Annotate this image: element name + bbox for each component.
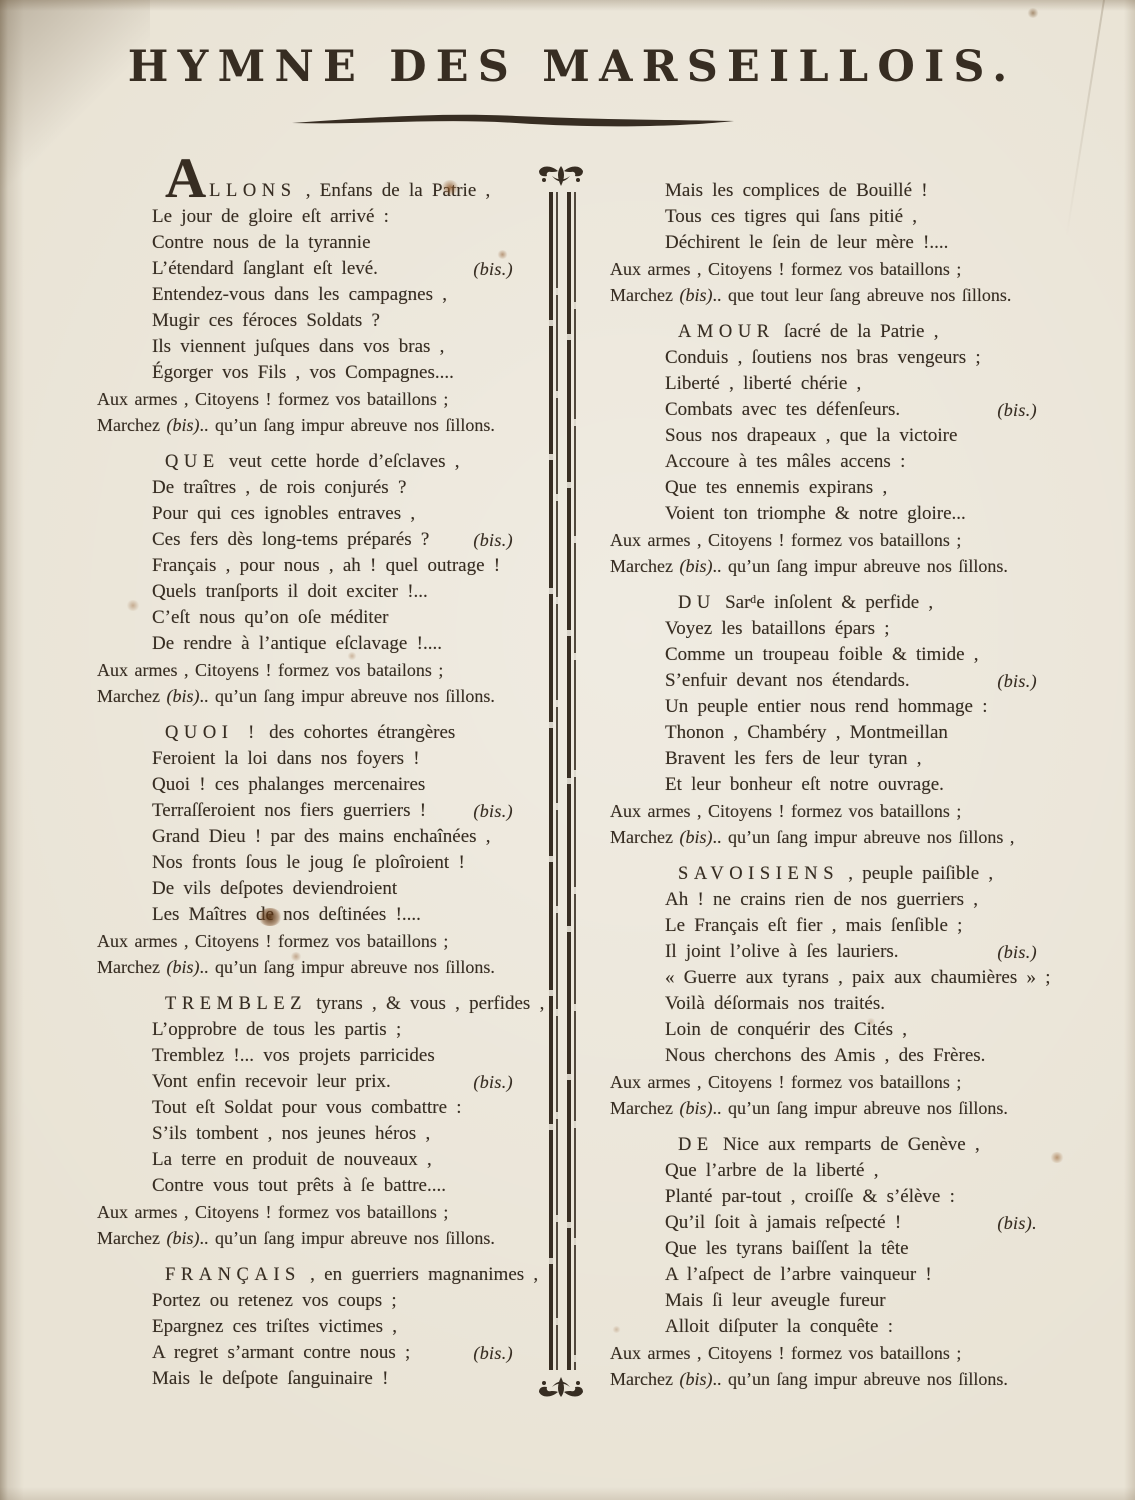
verse-line: Terraſſeroient nos fiers guerriers !(bis…	[97, 798, 519, 824]
verse-text: Contre vous tout prêts à ſe battre....	[152, 1175, 446, 1196]
verse-text: A l’aſpect de l’arbre vainqueur !	[665, 1264, 932, 1285]
divider-rule-thin	[556, 192, 558, 1370]
verse-text: tyrans , & vous , perfides ,	[307, 993, 544, 1014]
verse-text: Aux armes , Citoyens ! formez vos batail…	[97, 931, 448, 951]
verse-text: Marchez (bis).. qu’un ſang impur abreuve…	[97, 686, 495, 706]
verse-line: De vils deſpotes deviendroient	[97, 876, 519, 902]
verse-text: Nous cherchons des Amis , des Frères.	[665, 1045, 985, 1066]
bis-mark: (bis.)	[473, 1069, 513, 1095]
refrain-line: Aux armes , Citoyens ! formez vos batail…	[97, 657, 519, 683]
verse-line: Alloit diſputer la conquête :	[610, 1314, 1065, 1340]
refrain-line: Aux armes , Citoyens ! formez vos batail…	[610, 1069, 1065, 1095]
verse-line: Quoi ! ces phalanges mercenaires	[97, 772, 519, 798]
verse-text: L’opprobre de tous les partis ;	[152, 1019, 401, 1040]
drop-cap-letter: A	[165, 147, 206, 210]
refrain-line: Aux armes , Citoyens ! formez vos batail…	[97, 928, 519, 954]
verse-text: Marchez (bis).. qu’un ſang impur abreuve…	[610, 1369, 1008, 1389]
verse-text: Aux armes , Citoyens ! formez vos batail…	[610, 1072, 961, 1092]
verse-line: « Guerre aux tyrans , paix aux chaumière…	[610, 965, 1065, 991]
verse-line: Qu’il ſoit à jamais reſpecté !(bis).	[610, 1210, 1065, 1236]
verse-text: , peuple paiſible ,	[839, 863, 993, 884]
refrain-line: Marchez (bis).. qu’un ſang impur abreuve…	[97, 412, 519, 438]
verse-text: Voyez les bataillons épars ;	[665, 618, 890, 639]
stanza: TREMBLEZ tyrans , & vous , perfides ,L’o…	[97, 991, 519, 1251]
verse-line: Bravent les fers de leur tyran ,	[610, 746, 1065, 772]
stanza: FRANÇAIS , en guerriers magnanimes ,Port…	[97, 1262, 519, 1392]
stanza-opening-word: QUOI !	[165, 723, 260, 743]
verse-line: Quels tranſports il doit exciter !...	[97, 579, 519, 605]
bis-mark: (bis.)	[997, 668, 1037, 694]
verse-line: Voyez les bataillons épars ;	[610, 616, 1065, 642]
verse-text: Grand Dieu ! par des mains enchaînées ,	[152, 826, 491, 847]
verse-line: Thonon , Chambéry , Montmeillan	[610, 720, 1065, 746]
verse-text: Epargnez ces triſtes victimes ,	[152, 1316, 397, 1337]
verse-text: De vils deſpotes deviendroient	[152, 878, 397, 899]
verse-line: Ah ! ne crains rien de nos guerriers ,	[610, 887, 1065, 913]
verse-text: De rendre à l’antique eſclavage !....	[152, 633, 442, 654]
verse-line: Planté par-tout , croiſſe & s’élève :	[610, 1184, 1065, 1210]
verse-text: Planté par-tout , croiſſe & s’élève :	[665, 1186, 955, 1207]
refrain-line: Marchez (bis).. qu’un ſang impur abreuve…	[610, 1095, 1065, 1121]
verse-text: Que les tyrans baiſſent la tête	[665, 1238, 909, 1259]
refrain-line: Marchez (bis).. qu’un ſang impur abreuve…	[97, 1225, 519, 1251]
verse-line: Sous nos drapeaux , que la victoire	[610, 423, 1065, 449]
stanza-opening-word: DE	[678, 1135, 714, 1155]
verse-line: Déchirent le ſein de leur mère !....	[610, 230, 1065, 256]
stanza: DU Sarᵈe inſolent & perfide ,Voyez les b…	[610, 590, 1065, 850]
refrain-line: Aux armes , Citoyens ! formez vos batail…	[97, 386, 519, 412]
refrain-line: Marchez (bis).. qu’un ſang impur abreuve…	[610, 824, 1065, 850]
verse-text: Alloit diſputer la conquête :	[665, 1316, 893, 1337]
divider-rule-thin	[574, 192, 576, 1370]
refrain-line: Aux armes , Citoyens ! formez vos batail…	[97, 1199, 519, 1225]
verse-line: Nous cherchons des Amis , des Frères.	[610, 1043, 1065, 1069]
verse-line: Portez ou retenez vos coups ;	[97, 1288, 519, 1314]
verse-text: Vont enfin recevoir leur prix.	[152, 1071, 391, 1092]
divider-rule	[549, 192, 553, 1370]
verse-line: TREMBLEZ tyrans , & vous , perfides ,	[97, 991, 519, 1017]
verse-line: Feroient la loi dans nos foyers !	[97, 746, 519, 772]
verse-text: Bravent les fers de leur tyran ,	[665, 748, 922, 769]
refrain-line: Marchez (bis).. qu’un ſang impur abreuve…	[610, 1366, 1065, 1392]
verse-text: Marchez (bis).. qu’un ſang impur abreuve…	[610, 1098, 1008, 1118]
verse-text: Thonon , Chambéry , Montmeillan	[665, 722, 948, 743]
stanza: QUOI ! des cohortes étrangèresFeroient l…	[97, 720, 519, 980]
verse-text: Feroient la loi dans nos foyers !	[152, 748, 420, 769]
verse-text: Marchez (bis).. qu’un ſang impur abreuve…	[97, 415, 495, 435]
paper-deckle-edge	[0, 0, 150, 190]
verse-line: Que les tyrans baiſſent la tête	[610, 1236, 1065, 1262]
verse-line: Loin de conquérir des Cités ,	[610, 1017, 1065, 1043]
verse-line: L’étendard ſanglant eſt levé.(bis.)	[97, 256, 519, 282]
verse-text: Et leur bonheur eſt notre ouvrage.	[665, 774, 944, 795]
verse-text: Accoure à tes mâles accens :	[665, 451, 905, 472]
bis-mark: (bis.)	[473, 527, 513, 553]
divider-bottom-fleuron-icon	[537, 1372, 585, 1400]
verse-text: Contre nous de la tyrannie	[152, 232, 371, 253]
verse-line: Mais ſi leur aveugle fureur	[610, 1288, 1065, 1314]
verse-line: Conduis , ſoutiens nos bras vengeurs ;	[610, 345, 1065, 371]
verse-text: Liberté , liberté chérie ,	[665, 373, 861, 394]
verse-text: Marchez (bis).. qu’un ſang impur abreuve…	[610, 556, 1008, 576]
verse-line: Le Français eſt fier , mais ſenſible ;	[610, 913, 1065, 939]
verse-text: Tremblez !... vos projets parricides	[152, 1045, 435, 1066]
verse-text: De traîtres , de rois conjurés ?	[152, 477, 406, 498]
verse-line: Les Maîtres de nos deſtinées !....	[97, 902, 519, 928]
verse-text: « Guerre aux tyrans , paix aux chaumière…	[665, 967, 1051, 988]
bis-mark: (bis).	[997, 1210, 1037, 1236]
verse-text: Que l’arbre de la liberté ,	[665, 1160, 878, 1181]
document-page: HYMNE DES MARSEILLOIS. ALLONS , Enfans d…	[0, 0, 1135, 1500]
verse-line: C’eſt nous qu’on oſe méditer	[97, 605, 519, 631]
verse-line: Contre vous tout prêts à ſe battre....	[97, 1173, 519, 1199]
verse-line: A regret s’armant contre nous ;(bis.)	[97, 1340, 519, 1366]
verse-text: Ils viennent juſques dans vos bras ,	[152, 336, 444, 357]
swelled-rule-ornament	[288, 110, 738, 134]
stanza: ALLONS , Enfans de la Patrie ,Le jour de…	[97, 178, 519, 438]
verse-text: Un peuple entier nous rend hommage :	[665, 696, 987, 717]
verse-line: Tout eſt Soldat pour vous combattre :	[97, 1095, 519, 1121]
verse-text: Mugir ces féroces Soldats ?	[152, 310, 380, 331]
verse-text: Quels tranſports il doit exciter !...	[152, 581, 428, 602]
verse-text: La terre en produit de nouveaux ,	[152, 1149, 432, 1170]
verse-text: Nos fronts ſous le joug ſe ploîroient !	[152, 852, 465, 873]
verse-line: AMOUR ſacré de la Patrie ,	[610, 319, 1065, 345]
verse-text: Ces fers dès long-tems préparés ?	[152, 529, 429, 550]
verse-text: Aux armes , Citoyens ! formez vos batail…	[610, 530, 961, 550]
stanza-opening-word: TREMBLEZ	[165, 994, 307, 1014]
verse-text: Mais ſi leur aveugle fureur	[665, 1290, 886, 1311]
verse-line: De rendre à l’antique eſclavage !....	[97, 631, 519, 657]
verse-line: Français , pour nous , ah ! quel outrage…	[97, 553, 519, 579]
verse-text: Loin de conquérir des Cités ,	[665, 1019, 907, 1040]
verse-text: Aux armes , Citoyens ! formez vos batail…	[97, 1202, 448, 1222]
verse-text: Mais les complices de Bouillé !	[665, 180, 928, 201]
bis-mark: (bis.)	[997, 397, 1037, 423]
verse-line: Combats avec tes défenſeurs.(bis.)	[610, 397, 1065, 423]
verse-line: Liberté , liberté chérie ,	[610, 371, 1065, 397]
verse-line: QUOI ! des cohortes étrangères	[97, 720, 519, 746]
verse-line: Vont enfin recevoir leur prix.(bis.)	[97, 1069, 519, 1095]
refrain-line: Aux armes , Citoyens ! formez vos batail…	[610, 527, 1065, 553]
verse-text: A regret s’armant contre nous ;	[152, 1342, 410, 1363]
verse-line: De traîtres , de rois conjurés ?	[97, 475, 519, 501]
divider-rule	[567, 192, 571, 1370]
verse-line: Et leur bonheur eſt notre ouvrage.	[610, 772, 1065, 798]
verse-line: Tremblez !... vos projets parricides	[97, 1043, 519, 1069]
left-column: ALLONS , Enfans de la Patrie ,Le jour de…	[97, 178, 519, 1403]
verse-line: SAVOISIENS , peuple paiſible ,	[610, 861, 1065, 887]
verse-text: , en guerriers magnanimes ,	[301, 1264, 538, 1285]
verse-text: S’enfuir devant nos étendards.	[665, 670, 910, 691]
verse-line: Ils viennent juſques dans vos bras ,	[97, 334, 519, 360]
paper-crease	[1065, 0, 1105, 237]
verse-text: S’ils tombent , nos jeunes héros ,	[152, 1123, 430, 1144]
verse-text: Tout eſt Soldat pour vous combattre :	[152, 1097, 462, 1118]
verse-text: Les Maîtres de nos deſtinées !....	[152, 904, 421, 925]
verse-text: Le jour de gloire eſt arrivé :	[152, 206, 389, 227]
verse-line: Mais le deſpote ſanguinaire !	[97, 1366, 519, 1392]
verse-text: Voient ton triomphe & notre gloire...	[665, 503, 966, 524]
verse-text: Portez ou retenez vos coups ;	[152, 1290, 397, 1311]
stain	[1027, 8, 1039, 18]
verse-text: Marchez (bis).. qu’un ſang impur abreuve…	[97, 957, 495, 977]
verse-text: Égorger vos Fils , vos Compagnes....	[152, 362, 454, 383]
verse-text: Conduis , ſoutiens nos bras vengeurs ;	[665, 347, 981, 368]
verse-text: Sous nos drapeaux , que la victoire	[665, 425, 957, 446]
bis-mark: (bis.)	[473, 256, 513, 282]
stanza: Mais les complices de Bouillé !Tous ces …	[610, 178, 1065, 308]
verse-text: veut cette horde d’eſclaves ,	[220, 451, 460, 472]
verse-text: Aux armes , Citoyens ! formez vos batail…	[610, 259, 961, 279]
stanza-opening-word: QUE	[165, 452, 220, 472]
verse-text: , Enfans de la Patrie ,	[297, 180, 491, 201]
verse-line: Voilà déſormais nos traités.	[610, 991, 1065, 1017]
verse-text: Combats avec tes défenſeurs.	[665, 399, 900, 420]
right-column: Mais les complices de Bouillé !Tous ces …	[610, 178, 1065, 1403]
verse-text: Marchez (bis).. qu’un ſang impur abreuve…	[97, 1228, 495, 1248]
verse-line: Un peuple entier nous rend hommage :	[610, 694, 1065, 720]
verse-line: Il joint l’olive à ſes lauriers.(bis.)	[610, 939, 1065, 965]
refrain-line: Aux armes , Citoyens ! formez vos batail…	[610, 798, 1065, 824]
verse-text: C’eſt nous qu’on oſe méditer	[152, 607, 388, 628]
verse-text: L’étendard ſanglant eſt levé.	[152, 258, 378, 279]
verse-line: Que tes ennemis expirans ,	[610, 475, 1065, 501]
verse-line: Accoure à tes mâles accens :	[610, 449, 1065, 475]
verse-text: Aux armes , Citoyens ! formez vos batail…	[610, 1343, 961, 1363]
verse-line: Voient ton triomphe & notre gloire...	[610, 501, 1065, 527]
verse-text: Pour qui ces ignobles entraves ,	[152, 503, 415, 524]
verse-line: Entendez-vous dans les campagnes ,	[97, 282, 519, 308]
verse-text: Nice aux remparts de Genève ,	[714, 1134, 980, 1155]
verse-line: S’enfuir devant nos étendards.(bis.)	[610, 668, 1065, 694]
verse-line: DE Nice aux remparts de Genève ,	[610, 1132, 1065, 1158]
verse-text: Tous ces tigres qui ſans pitié ,	[665, 206, 917, 227]
verse-text: Aux armes , Citoyens ! formez vos batail…	[97, 660, 443, 680]
stanza: SAVOISIENS , peuple paiſible ,Ah ! ne cr…	[610, 861, 1065, 1121]
verse-line: A l’aſpect de l’arbre vainqueur !	[610, 1262, 1065, 1288]
verse-text: Qu’il ſoit à jamais reſpecté !	[665, 1212, 901, 1233]
verse-line: FRANÇAIS , en guerriers magnanimes ,	[97, 1262, 519, 1288]
stanza: DE Nice aux remparts de Genève ,Que l’ar…	[610, 1132, 1065, 1392]
verse-line: Comme un troupeau foible & timide ,	[610, 642, 1065, 668]
stanza: AMOUR ſacré de la Patrie ,Conduis , ſout…	[610, 319, 1065, 579]
verse-line: Nos fronts ſous le joug ſe ploîroient !	[97, 850, 519, 876]
verse-text: Voilà déſormais nos traités.	[665, 993, 885, 1014]
refrain-line: Marchez (bis).. que tout leur ſang abreu…	[610, 282, 1065, 308]
bis-mark: (bis.)	[473, 798, 513, 824]
verse-line: QUE veut cette horde d’eſclaves ,	[97, 449, 519, 475]
verse-text: Entendez-vous dans les campagnes ,	[152, 284, 447, 305]
verse-text: Mais le deſpote ſanguinaire !	[152, 1368, 388, 1389]
bis-mark: (bis.)	[997, 939, 1037, 965]
verse-text: Le Français eſt fier , mais ſenſible ;	[665, 915, 962, 936]
stanza-opening-word: DU	[678, 593, 716, 613]
verse-text: Marchez (bis).. qu’un ſang impur abreuve…	[610, 827, 1014, 847]
verse-text: Sarᵈe inſolent & perfide ,	[716, 592, 933, 613]
verse-line: Epargnez ces triſtes victimes ,	[97, 1314, 519, 1340]
verse-line: Pour qui ces ignobles entraves ,	[97, 501, 519, 527]
verse-line: L’opprobre de tous les partis ;	[97, 1017, 519, 1043]
verse-line: DU Sarᵈe inſolent & perfide ,	[610, 590, 1065, 616]
bis-mark: (bis.)	[473, 1340, 513, 1366]
page-title: HYMNE DES MARSEILLOIS.	[0, 42, 1135, 92]
stanza: QUE veut cette horde d’eſclaves ,De traî…	[97, 449, 519, 709]
verse-text: Comme un troupeau foible & timide ,	[665, 644, 979, 665]
verse-text: Terraſſeroient nos fiers guerriers !	[152, 800, 426, 821]
verse-text: Marchez (bis).. que tout leur ſang abreu…	[610, 285, 1011, 305]
verse-line: Mugir ces féroces Soldats ?	[97, 308, 519, 334]
refrain-line: Marchez (bis).. qu’un ſang impur abreuve…	[610, 553, 1065, 579]
stanza-opening-word: FRANÇAIS	[165, 1265, 301, 1285]
verse-text: Quoi ! ces phalanges mercenaires	[152, 774, 425, 795]
verse-line: Mais les complices de Bouillé !	[610, 178, 1065, 204]
verse-text: Que tes ennemis expirans ,	[665, 477, 887, 498]
refrain-line: Aux armes , Citoyens ! formez vos batail…	[610, 256, 1065, 282]
verse-line: ALLONS , Enfans de la Patrie ,	[97, 178, 519, 204]
refrain-line: Marchez (bis).. qu’un ſang impur abreuve…	[97, 954, 519, 980]
verse-text: Aux armes , Citoyens ! formez vos batail…	[97, 389, 448, 409]
verse-line: Ces fers dès long-tems préparés ?(bis.)	[97, 527, 519, 553]
verse-text: Déchirent le ſein de leur mère !....	[665, 232, 948, 253]
verse-line: Grand Dieu ! par des mains enchaînées ,	[97, 824, 519, 850]
verse-text: Ah ! ne crains rien de nos guerriers ,	[665, 889, 978, 910]
verse-line: Que l’arbre de la liberté ,	[610, 1158, 1065, 1184]
verse-line: Tous ces tigres qui ſans pitié ,	[610, 204, 1065, 230]
divider-top-fleuron-icon	[537, 163, 585, 191]
stanza-opening-word: SAVOISIENS	[678, 864, 839, 884]
stanza-opening-word: AMOUR	[678, 322, 775, 342]
stanza-opening-word: LLONS	[209, 181, 296, 201]
refrain-line: Marchez (bis).. qu’un ſang impur abreuve…	[97, 683, 519, 709]
verse-text: Aux armes , Citoyens ! formez vos batail…	[610, 801, 961, 821]
verse-text: Français , pour nous , ah ! quel outrage…	[152, 555, 500, 576]
verse-line: Le jour de gloire eſt arrivé :	[97, 204, 519, 230]
verse-line: Contre nous de la tyrannie	[97, 230, 519, 256]
refrain-line: Aux armes , Citoyens ! formez vos batail…	[610, 1340, 1065, 1366]
verse-text: ſacré de la Patrie ,	[775, 321, 939, 342]
verse-text: des cohortes étrangères	[260, 722, 456, 743]
verse-text: Il joint l’olive à ſes lauriers.	[665, 941, 899, 962]
verse-line: Égorger vos Fils , vos Compagnes....	[97, 360, 519, 386]
verse-line: La terre en produit de nouveaux ,	[97, 1147, 519, 1173]
verse-line: S’ils tombent , nos jeunes héros ,	[97, 1121, 519, 1147]
